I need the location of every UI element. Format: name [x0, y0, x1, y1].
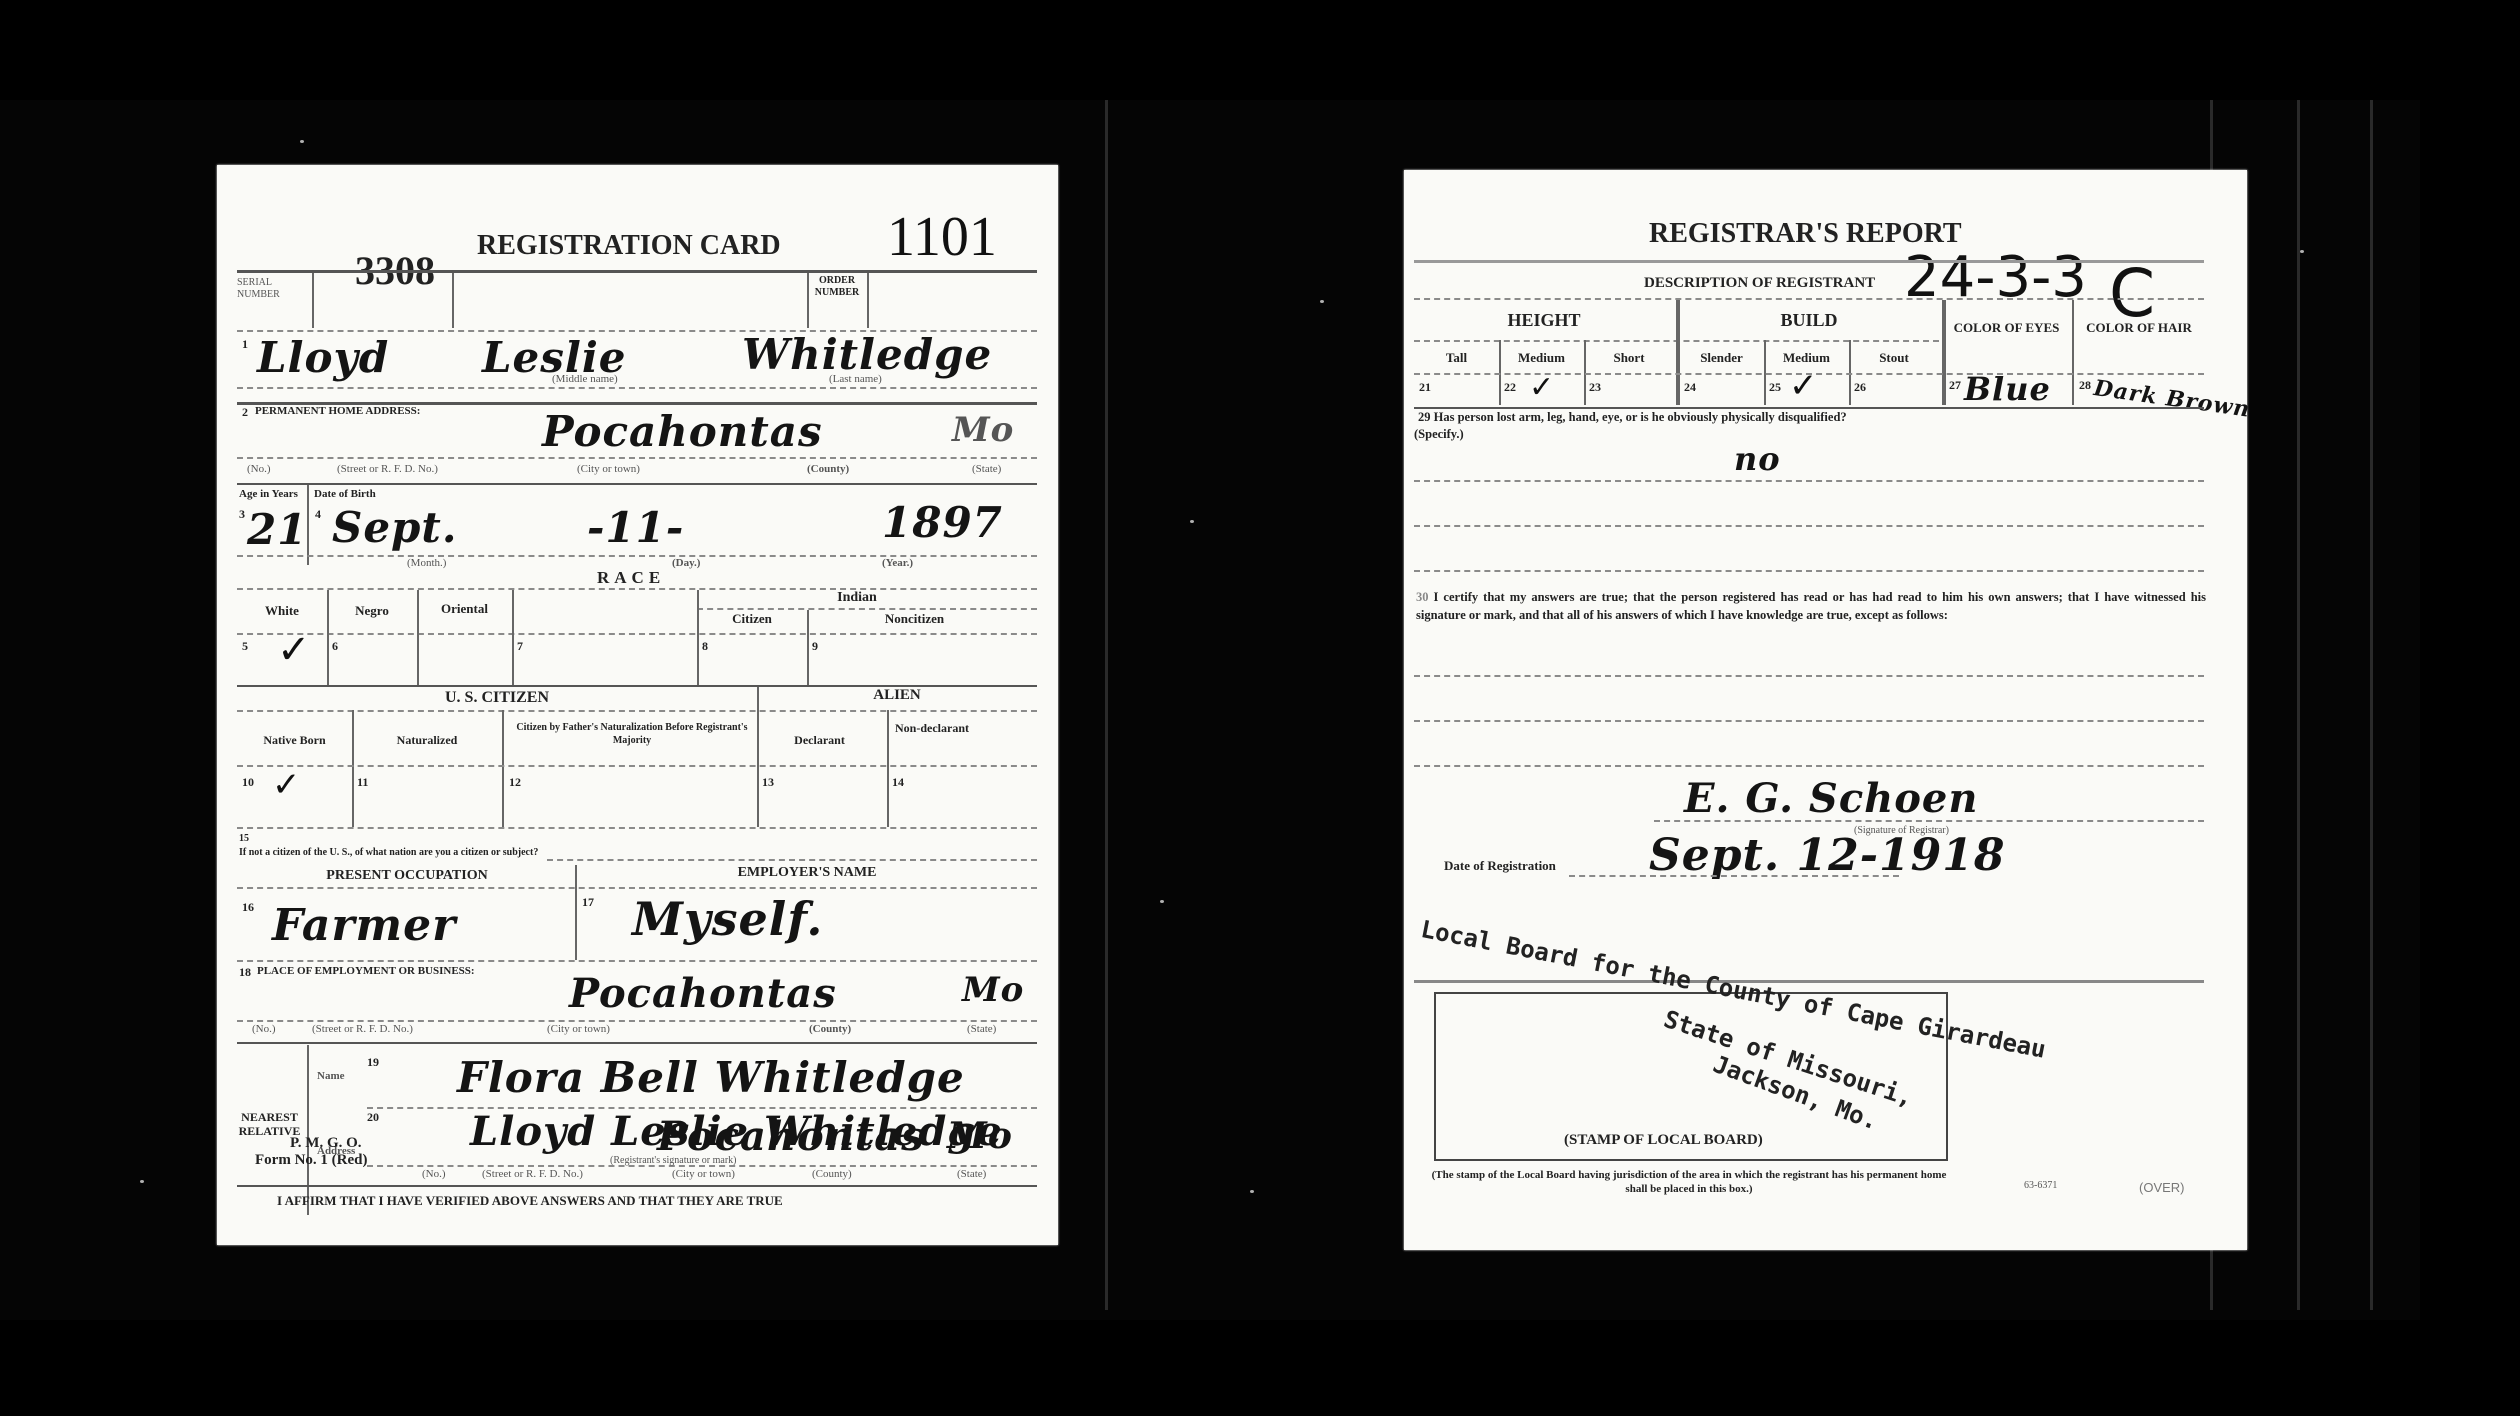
field-number: 25: [1769, 380, 1781, 395]
field-number: 13: [762, 775, 774, 790]
divider: [1414, 980, 2204, 983]
sublabel: (Street or R. F. D. No.): [337, 463, 438, 475]
divider: [237, 960, 1037, 962]
field-number: 10: [242, 775, 254, 790]
field-number: 2: [242, 405, 248, 420]
divider: [417, 590, 419, 685]
place-of-employment-state: Mo: [962, 970, 1024, 1010]
sublabel: (Day.): [672, 557, 700, 569]
divider: [1654, 820, 2204, 822]
field-number: 28: [2079, 378, 2091, 393]
height-col-medium: Medium: [1499, 350, 1584, 366]
sublabel: (Month.): [407, 557, 446, 569]
form-code: 63-6371: [2024, 1180, 2057, 1191]
field-number: 24: [1684, 380, 1696, 395]
card-title: REGISTRATION CARD: [477, 230, 781, 262]
sublabel: (City or town): [672, 1168, 735, 1180]
sublabel: (Street or R. F. D. No.): [482, 1168, 583, 1180]
field-number: 27: [1949, 378, 1961, 393]
film-speck: [2300, 250, 2304, 253]
divider: [237, 710, 1037, 712]
divider: [512, 590, 514, 685]
build-header: BUILD: [1679, 310, 1939, 331]
film-speck: [1190, 520, 1194, 523]
build-medium-checkmark: ✓: [1789, 366, 1818, 406]
divider: [547, 859, 1037, 861]
description-header: DESCRIPTION OF REGISTRANT: [1644, 275, 1875, 292]
film-scratch: [1105, 100, 1108, 1310]
divider: [1414, 407, 2204, 409]
field-number: 30: [1416, 590, 1429, 604]
dob-label: Date of Birth: [314, 488, 376, 500]
sublabel: (No.): [252, 1023, 276, 1035]
q29-question: Has person lost arm, leg, hand, eye, or …: [1434, 410, 1847, 424]
film-scratch: [2297, 100, 2300, 1310]
q29-specify: (Specify.): [1414, 427, 1464, 442]
last-name-label: (Last name): [829, 373, 882, 385]
affirmation-text: I AFFIRM THAT I HAVE VERIFIED ABOVE ANSW…: [277, 1193, 783, 1209]
home-address-city: Pocahontas: [542, 407, 823, 456]
us-citizen-header: U. S. CITIZEN: [237, 689, 757, 707]
sublabel: (County): [812, 1168, 852, 1180]
sublabel: (Street or R. F. D. No.): [312, 1023, 413, 1035]
registrars-report-card: REGISTRAR'S REPORT 24-3-3 C DESCRIPTION …: [1404, 170, 2247, 1250]
relative-name-label: Name: [317, 1070, 345, 1082]
stamp-box-label: (STAMP OF LOCAL BOARD): [1564, 1132, 1763, 1149]
q29-answer: no: [1734, 440, 1781, 478]
divider: [237, 483, 1037, 485]
divider: [1569, 875, 1899, 877]
divider: [307, 1045, 309, 1215]
race-col-indian-noncitizen: Noncitizen: [807, 611, 1022, 627]
field-number: 5: [242, 639, 248, 654]
field-number: 12: [509, 775, 521, 790]
sublabel: (City or town): [547, 1023, 610, 1035]
race-white-checkmark: ✓: [277, 627, 311, 673]
serial-number-label: SERIAL NUMBER: [237, 277, 307, 301]
field-number: 3: [239, 507, 245, 522]
race-header: RACE: [597, 568, 665, 588]
field-number: 9: [812, 639, 818, 654]
alien-col-non-declarant: Non-declarant: [892, 721, 972, 736]
race-col-indian-citizen: Citizen: [697, 611, 807, 627]
divider: [237, 1020, 1037, 1022]
divider: [237, 270, 1037, 273]
divider: [1414, 765, 2204, 767]
height-col-tall: Tall: [1414, 350, 1499, 366]
alien-col-declarant: Declarant: [757, 733, 882, 748]
registration-card-front: REGISTRATION CARD 1101 3308 SERIAL NUMBE…: [217, 165, 1058, 1245]
middle-name-label: (Middle name): [552, 373, 618, 385]
registrant-first-name: Lloyd: [257, 333, 389, 382]
native-born-checkmark: ✓: [272, 765, 301, 805]
divider: [1942, 300, 1946, 405]
divider: [757, 687, 759, 827]
divider: [237, 633, 1037, 635]
sublabel: (County): [809, 1023, 851, 1035]
divider: [887, 710, 889, 827]
film-scratch: [2370, 100, 2373, 1310]
q30-certification: I certify that my answers are true; that…: [1416, 590, 2206, 622]
place-of-employment-label: PLACE OF EMPLOYMENT OR BUSINESS:: [257, 965, 475, 977]
divider: [502, 710, 504, 827]
divider: [1414, 260, 2204, 263]
divider: [237, 887, 1037, 889]
height-header: HEIGHT: [1414, 310, 1674, 331]
divider: [352, 710, 354, 827]
hair-color-header: COLOR OF HAIR: [2074, 320, 2204, 335]
dob-day: -11-: [587, 503, 684, 552]
field-number: 17: [582, 895, 594, 910]
divider: [867, 273, 869, 328]
race-indian-header: Indian: [697, 590, 1017, 606]
field-number: 15: [239, 833, 249, 844]
build-col-slender: Slender: [1679, 350, 1764, 366]
registration-date-value: Sept. 12-1918: [1649, 830, 2005, 881]
citizen-col-fathers-naturalization: Citizen by Father's Naturalization Befor…: [507, 721, 757, 747]
field-number: 20: [367, 1110, 379, 1125]
film-speck: [1250, 1190, 1254, 1193]
q29-label: 29 Has person lost arm, leg, hand, eye, …: [1418, 410, 2208, 425]
home-address-label: PERMANENT HOME ADDRESS:: [255, 405, 420, 417]
field-number: 14: [892, 775, 904, 790]
divider: [452, 273, 454, 328]
divider: [327, 590, 329, 685]
race-col-negro: Negro: [327, 603, 417, 619]
field-number: 22: [1504, 380, 1516, 395]
divider: [697, 590, 699, 685]
sublabel: (No.): [247, 463, 271, 475]
registration-date-label: Date of Registration: [1444, 858, 1556, 874]
divider: [237, 387, 1037, 389]
eye-color-header: COLOR OF EYES: [1944, 320, 2069, 335]
divider: [237, 827, 1037, 829]
field-number: 23: [1589, 380, 1601, 395]
order-number-label: ORDER NUMBER: [812, 275, 862, 299]
registrant-signature-label: (Registrant's signature or mark): [610, 1155, 737, 1166]
divider: [237, 1185, 1037, 1187]
order-number-stamp: 1101: [887, 205, 997, 269]
sublabel: (State): [957, 1168, 986, 1180]
field-number: 6: [332, 639, 338, 654]
divider: [575, 865, 577, 960]
citizen-col-naturalized: Naturalized: [352, 733, 502, 748]
race-col-white: White: [237, 603, 327, 619]
dob-month: Sept.: [332, 503, 457, 552]
sublabel: (No.): [422, 1168, 446, 1180]
occupation-header: PRESENT OCCUPATION: [237, 868, 577, 884]
relative-name-value: Flora Bell Whitledge: [457, 1053, 965, 1102]
divider: [807, 273, 809, 328]
divider: [1414, 298, 2204, 300]
divider: [1414, 570, 2204, 572]
sublabel: (State): [967, 1023, 996, 1035]
eye-color-value: Blue: [1964, 370, 2051, 408]
divider: [1414, 720, 2204, 722]
film-speck: [300, 140, 304, 143]
divider: [697, 608, 1037, 610]
divider: [1414, 480, 2204, 482]
divider: [237, 765, 1037, 767]
q15-label: If not a citizen of the U. S., of what n…: [239, 847, 538, 858]
sublabel: (Year.): [882, 557, 913, 569]
field-number: 18: [239, 965, 251, 980]
divider: [807, 610, 809, 685]
field-number: 11: [357, 775, 368, 790]
race-col-oriental: Oriental: [417, 601, 512, 617]
over-label: (OVER): [2139, 1180, 2185, 1195]
film-speck: [1160, 900, 1164, 903]
divider: [1414, 675, 2204, 677]
stamp-note: (The stamp of the Local Board having jur…: [1429, 1168, 1949, 1196]
field-number: 21: [1419, 380, 1431, 395]
sublabel: (City or town): [577, 463, 640, 475]
form-id-pmgo: P. M. G. O.: [290, 1135, 362, 1152]
nearest-relative-label: NEAREST RELATIVE: [237, 1110, 302, 1138]
divider: [237, 555, 1037, 557]
build-col-stout: Stout: [1849, 350, 1939, 366]
divider: [237, 457, 1037, 459]
field-number: 29: [1418, 410, 1431, 424]
registrar-signature: E. G. Schoen: [1684, 775, 1978, 822]
field-number: 8: [702, 639, 708, 654]
age-value: 21: [247, 505, 307, 554]
form-id-number: Form No. 1 (Red): [255, 1152, 367, 1169]
field-number: 1: [242, 337, 248, 352]
build-col-medium: Medium: [1764, 350, 1849, 366]
alien-header: ALIEN: [757, 687, 1037, 704]
field-number: 7: [517, 639, 523, 654]
height-medium-checkmark: ✓: [1529, 370, 1554, 405]
dob-year: 1897: [882, 498, 1003, 547]
sublabel: (County): [807, 463, 849, 475]
sublabel: (State): [972, 463, 1001, 475]
registrant-last-name: Whitledge: [742, 330, 992, 379]
employer-header: EMPLOYER'S NAME: [577, 865, 1037, 881]
film-speck: [140, 1180, 144, 1183]
home-address-state: Mo: [952, 410, 1014, 450]
field-number: 16: [242, 900, 254, 915]
classification-stamp: 24-3-3: [1904, 245, 2087, 310]
employer-value: Myself.: [632, 892, 823, 946]
q30-text: 30 I certify that my answers are true; t…: [1416, 588, 2206, 624]
age-label: Age in Years: [239, 488, 298, 500]
place-of-employment-city: Pocahontas: [569, 970, 837, 1017]
registrant-signature-visible: Lloyd Leslie Whitledge: [470, 1108, 1003, 1155]
citizen-col-native-born: Native Born: [237, 733, 352, 748]
divider: [1414, 525, 2204, 527]
film-speck: [1320, 300, 1324, 303]
height-col-short: Short: [1584, 350, 1674, 366]
divider: [2072, 300, 2074, 405]
field-number: 19: [367, 1055, 379, 1070]
field-number: 4: [315, 507, 321, 522]
field-number: 26: [1854, 380, 1866, 395]
occupation-value: Farmer: [272, 900, 456, 951]
divider: [237, 1042, 1037, 1044]
divider: [312, 273, 314, 328]
